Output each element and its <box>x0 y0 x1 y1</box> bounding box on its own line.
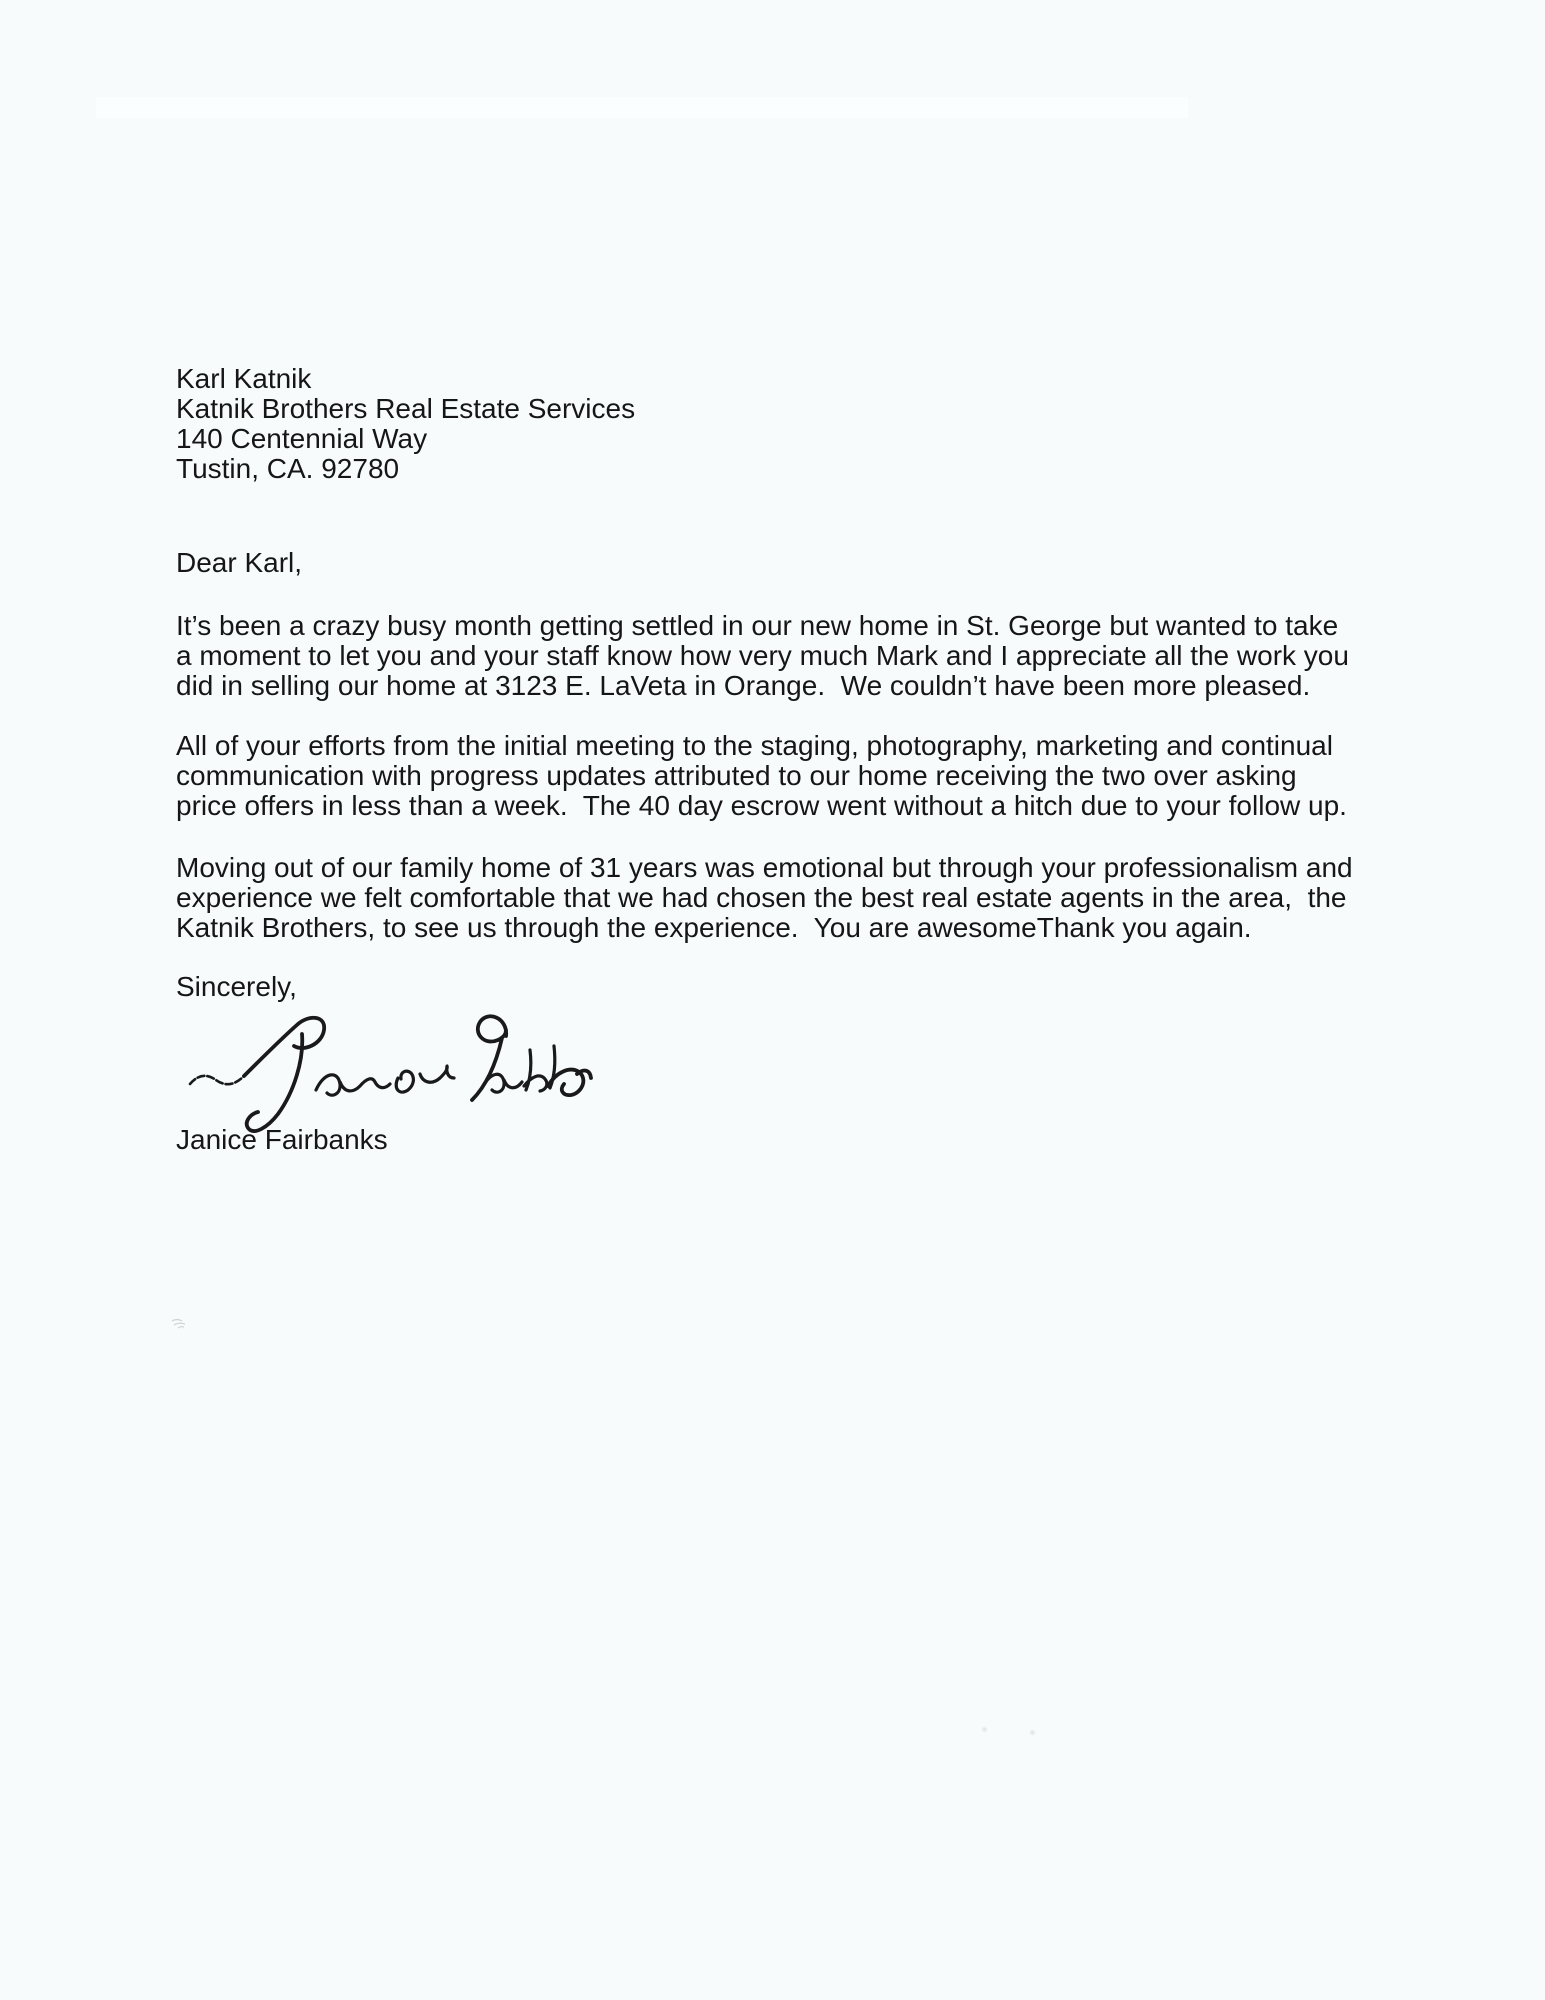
paragraph-2-line: All of your efforts from the initial mee… <box>176 731 1347 761</box>
paragraph-2-line: price offers in less than a week. The 40… <box>176 791 1347 821</box>
handwritten-signature <box>186 1008 596 1143</box>
paragraph-1-line: did in selling our home at 3123 E. LaVet… <box>176 671 1349 701</box>
salutation: Dear Karl, <box>176 548 302 578</box>
scan-speck-artifact <box>1029 1729 1036 1736</box>
paragraph-1-line: a moment to let you and your staff know … <box>176 641 1349 671</box>
paragraph-2-line: communication with progress updates attr… <box>176 761 1347 791</box>
recipient-name: Karl Katnik <box>176 364 635 394</box>
paragraph-3: Moving out of our family home of 31 year… <box>176 853 1353 943</box>
recipient-city: Tustin, CA. 92780 <box>176 454 635 484</box>
paragraph-3-line: experience we felt comfortable that we h… <box>176 883 1353 913</box>
recipient-street: 140 Centennial Way <box>176 424 635 454</box>
paragraph-3-line: Katnik Brothers, to see us through the e… <box>176 913 1353 943</box>
closing: Sincerely, <box>176 972 297 1002</box>
scan-smudge-artifact <box>170 1316 188 1330</box>
scan-speck-artifact <box>981 1726 988 1733</box>
scan-light-band <box>96 97 1188 118</box>
paragraph-1: It’s been a crazy busy month getting set… <box>176 611 1349 701</box>
scanned-letter-page: Karl Katnik Katnik Brothers Real Estate … <box>0 0 1545 2000</box>
recipient-address-block: Karl Katnik Katnik Brothers Real Estate … <box>176 364 635 484</box>
signed-name: Janice Fairbanks <box>176 1125 388 1155</box>
paragraph-2: All of your efforts from the initial mee… <box>176 731 1347 821</box>
paragraph-3-line: Moving out of our family home of 31 year… <box>176 853 1353 883</box>
recipient-company: Katnik Brothers Real Estate Services <box>176 394 635 424</box>
paragraph-1-line: It’s been a crazy busy month getting set… <box>176 611 1349 641</box>
